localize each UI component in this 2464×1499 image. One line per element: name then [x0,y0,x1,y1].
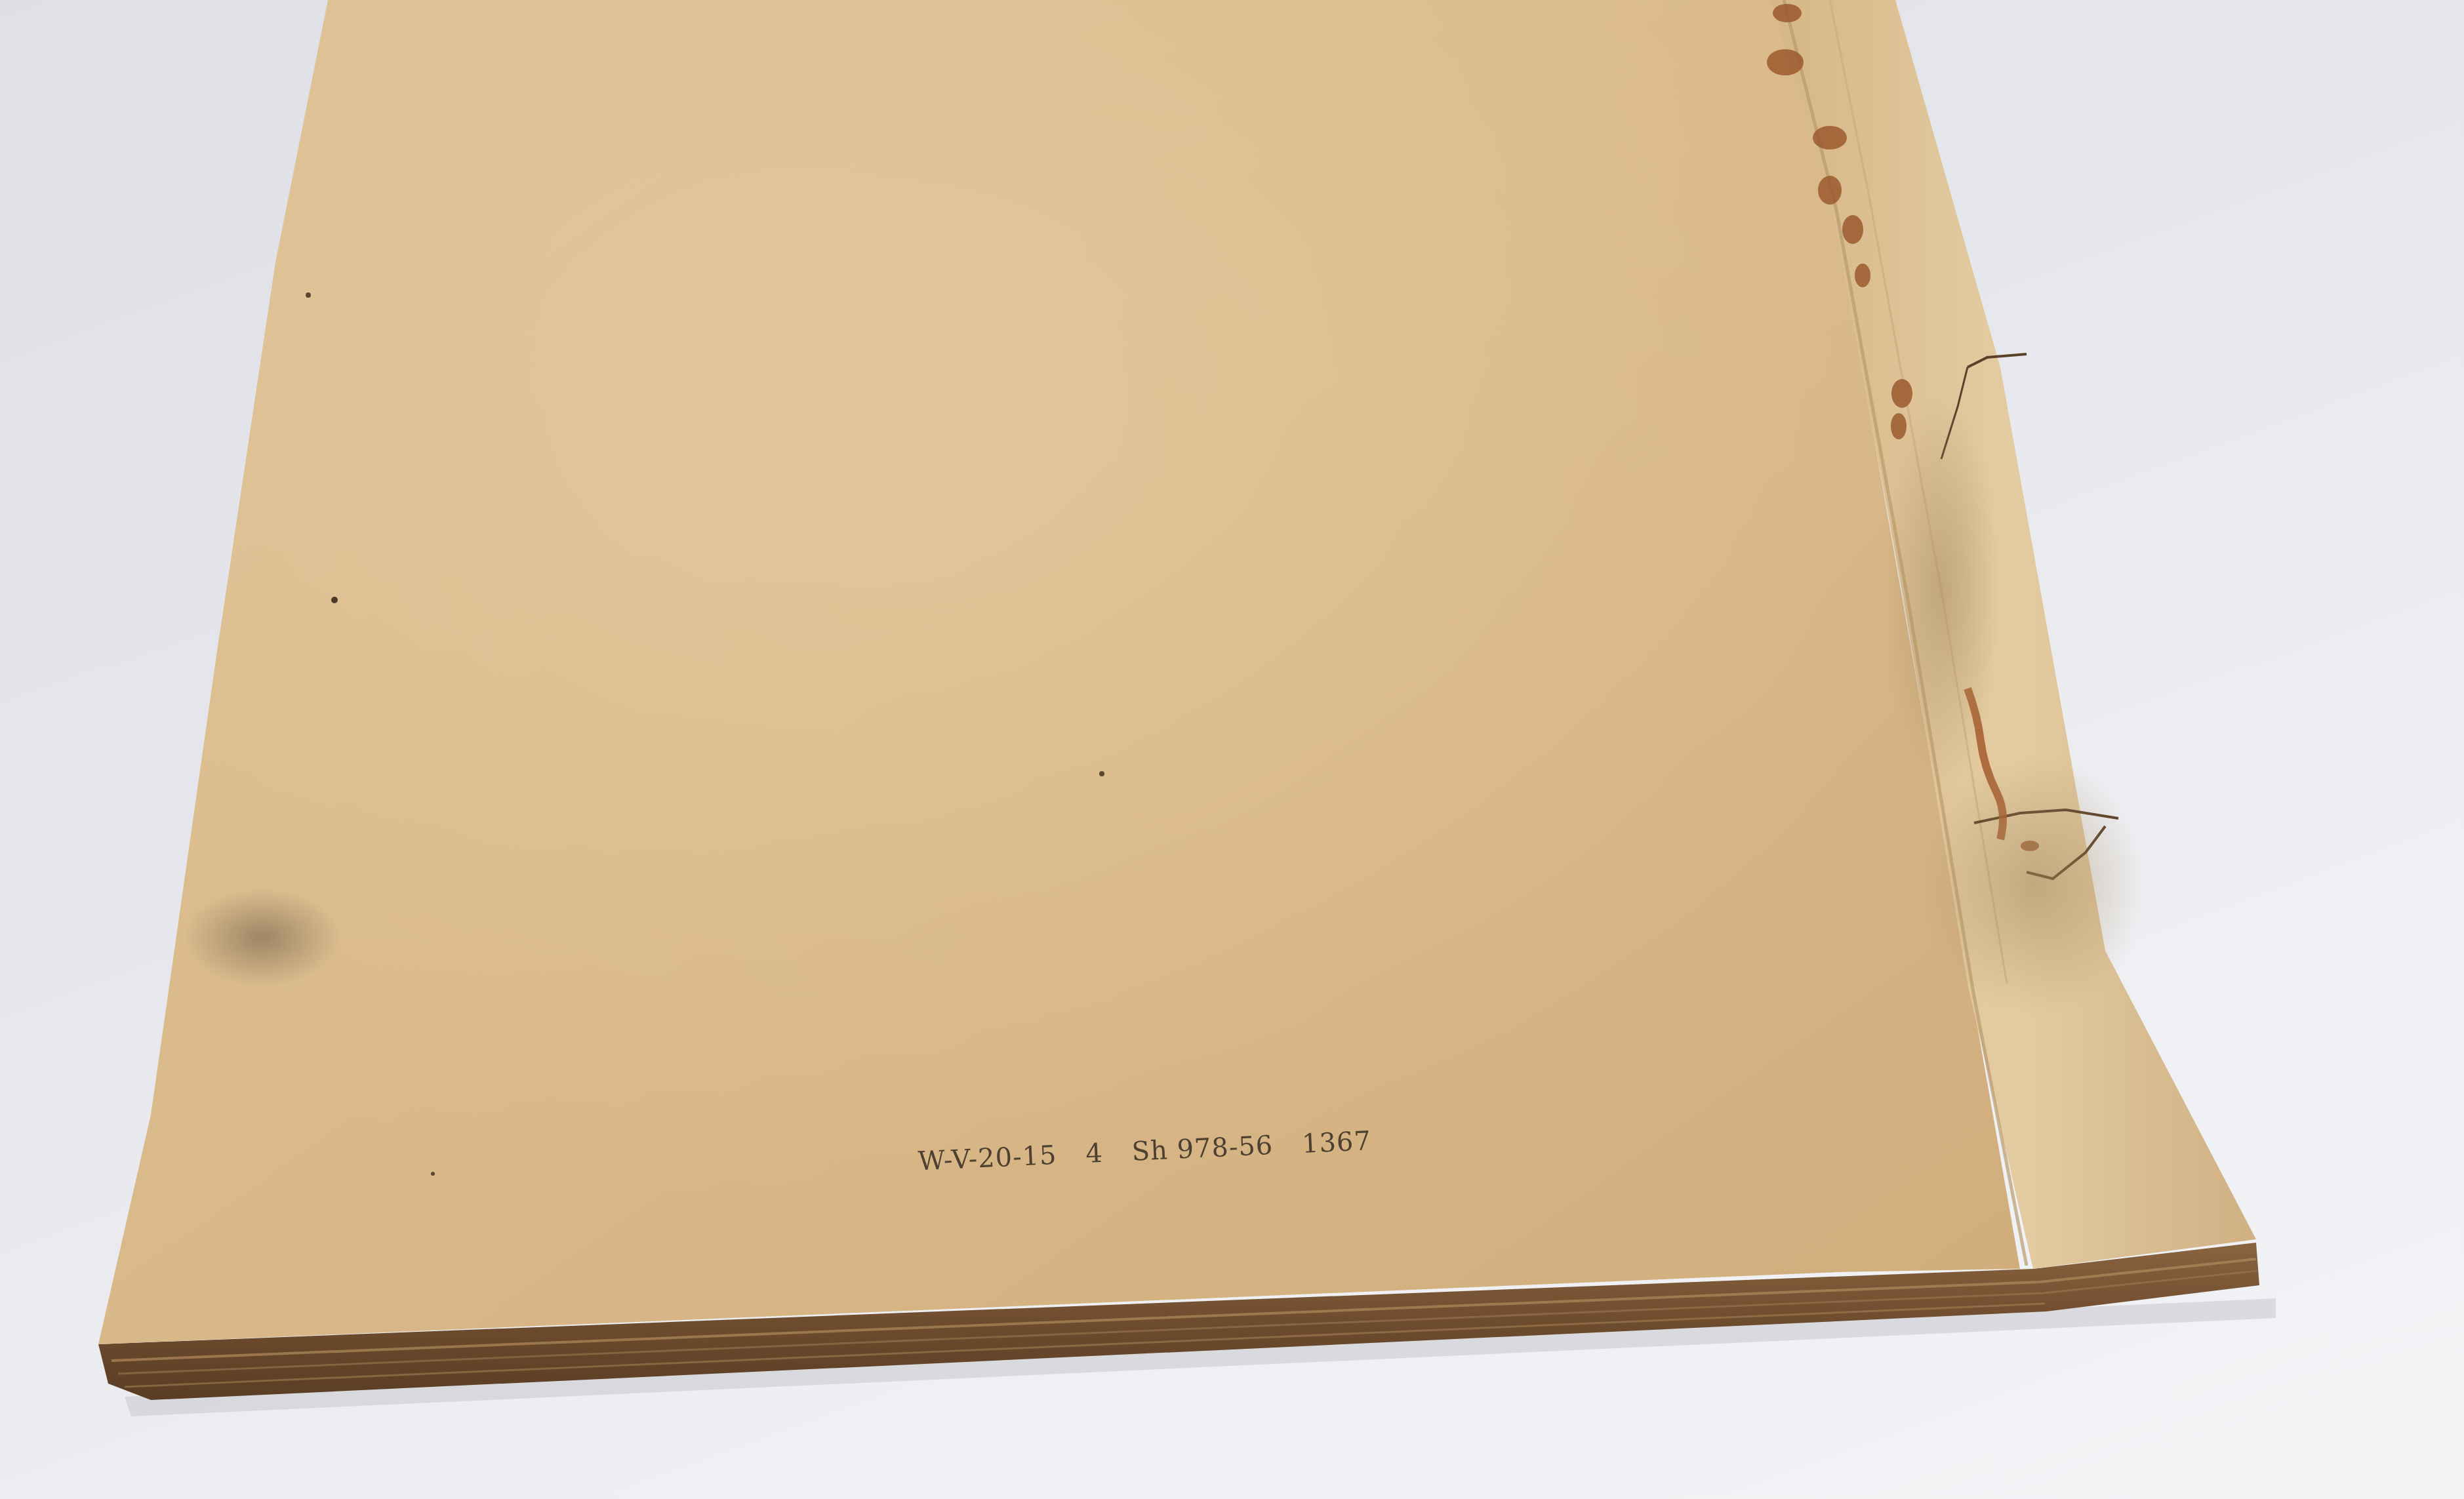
booklet [0,0,2464,1499]
imprint-number: 1367 [1301,1126,1372,1159]
imprint-order: Sh 978-56 [1131,1130,1274,1167]
imprint-count: 4 [1085,1138,1104,1169]
water-stain [1922,754,2145,1016]
photo-scene: W-V-20-154Sh 978-561367 [0,0,2464,1499]
fingerprint-smudge [184,889,341,987]
imprint-code: W-V-20-15 [918,1140,1058,1177]
